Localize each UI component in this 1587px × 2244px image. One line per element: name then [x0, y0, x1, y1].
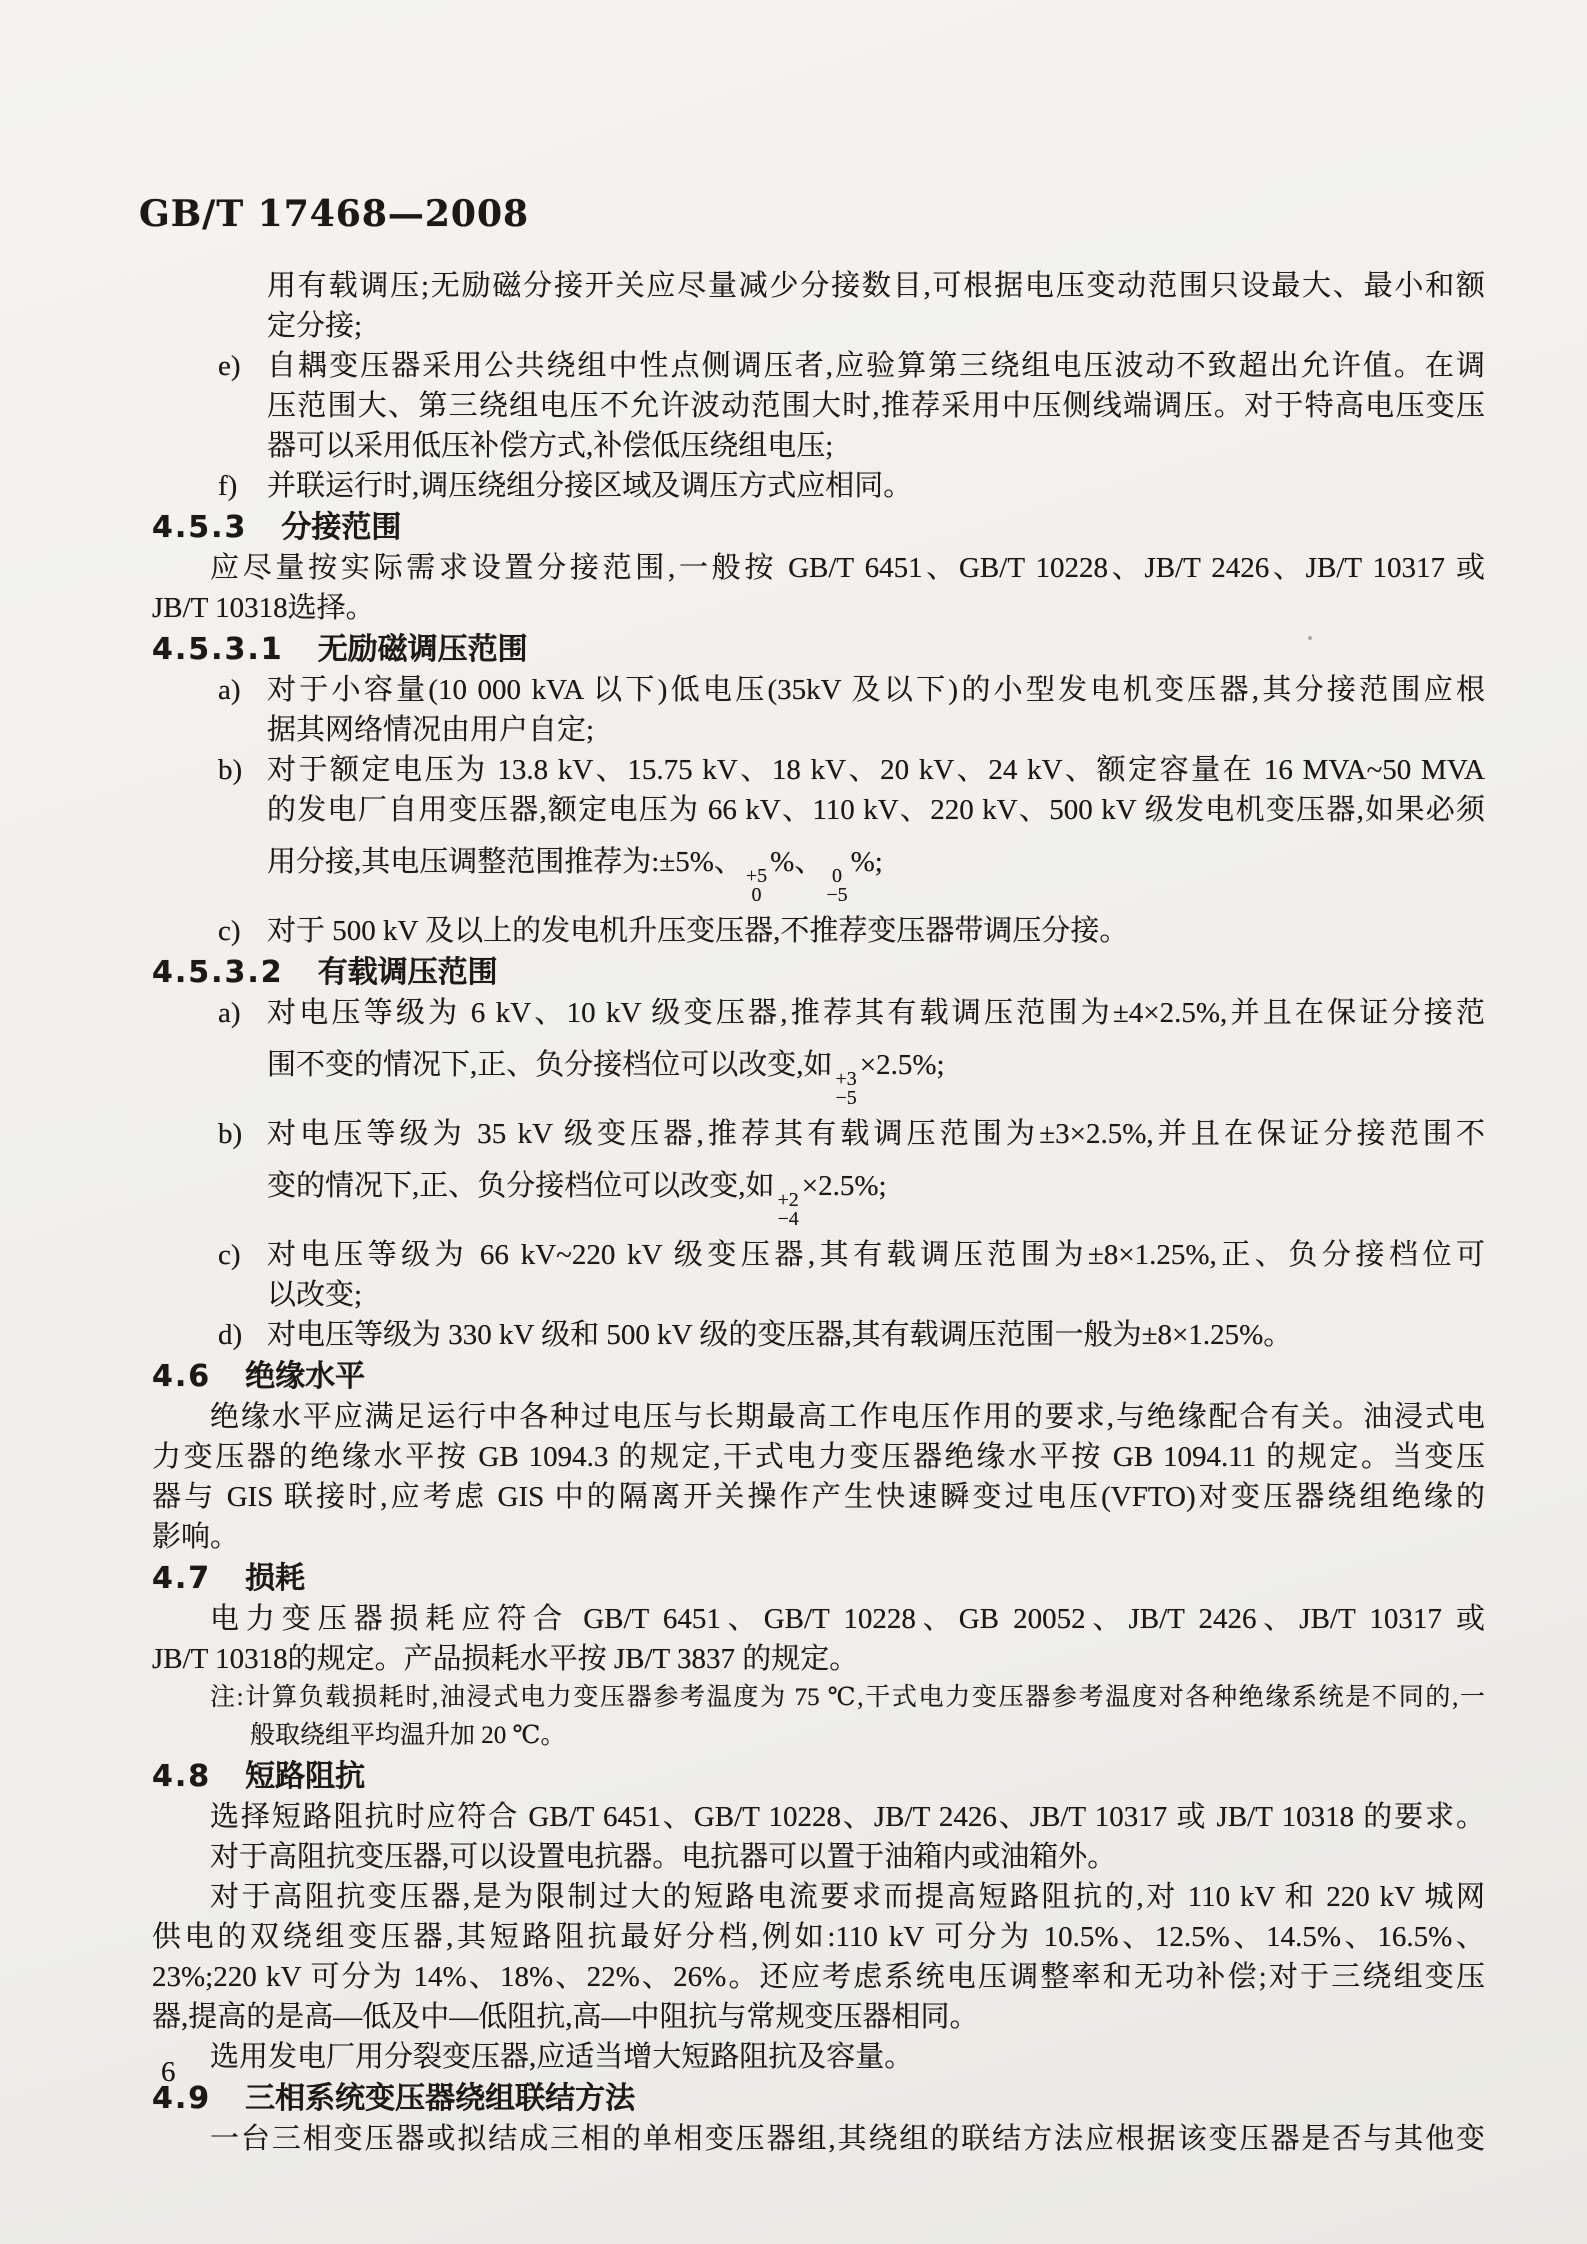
text-line: 器可以采用低压补偿方式,补偿低压绕组电压; [152, 426, 1485, 466]
text-line: 对于额定电压为 13.8 kV、15.75 kV、18 kV、20 kV、24 … [267, 754, 1485, 786]
text-line: 影响。 [152, 1517, 1485, 1557]
section-title: 绝缘水平 [245, 1359, 365, 1394]
stacked-tap-range: +3−5 [836, 1070, 857, 1108]
text-line: JB/T 10318选择。 [152, 588, 1485, 628]
text-line: 用有载调压;无励磁分接开关应尽量减少分接数目,可根据电压变动范围只设最大、最小和… [152, 266, 1485, 306]
stacked-tap-range: 0−5 [826, 867, 847, 905]
text-line: 对电压等级为 35 kV 级变压器,推荐其有载调压范围为±3×2.5%,并且在保… [267, 1118, 1485, 1150]
text-segment: ×2.5%; [860, 1049, 945, 1081]
list-label: b) [218, 750, 242, 790]
list-item-f: f)并联运行时,调压绕组分接区域及调压方式应相同。 [152, 466, 1485, 506]
page-number: 6 [161, 2056, 176, 2089]
text-line: 供电的双绕组变压器,其短路阻抗最好分档,例如:110 kV 可分为 10.5%、… [152, 1917, 1485, 1957]
list-item-e: e)自耦变压器采用公共绕组中性点侧调压者,应验算第三绕组电压波动不致超出允许值。… [152, 346, 1485, 386]
note-line: 般取绕组平均温升加 20 ℃。 [152, 1717, 1485, 1755]
list-label: a) [218, 670, 241, 710]
text-line: 选用发电厂用分裂变压器,应适当增大短路阻抗及容量。 [152, 2037, 1485, 2077]
text-line: 力变压器的绝缘水平按 GB 1094.3 的规定,干式电力变压器绝缘水平按 GB… [152, 1437, 1485, 1477]
section-title: 短路阻抗 [245, 1759, 365, 1794]
stacked-tap-range: +50 [746, 867, 767, 905]
section-title: 有载调压范围 [318, 955, 498, 990]
text-line: 选择短路阻抗时应符合 GB/T 6451、GB/T 10228、JB/T 242… [152, 1797, 1485, 1837]
text-segment: 用分接,其电压调整范围推荐为:±5%、 [267, 846, 743, 878]
list-label: e) [218, 346, 241, 386]
text-line: 的发电厂自用变压器,额定电压为 66 kV、110 kV、220 kV、500 … [152, 790, 1485, 830]
text-line: 定分接; [152, 306, 1485, 346]
formula-line: 用分接,其电压调整范围推荐为:±5%、+50%、0−5%; [152, 842, 1485, 905]
formula-line: 围不变的情况下,正、负分接档位可以改变,如+3−5×2.5%; [152, 1045, 1485, 1108]
list-item-b: b)对电压等级为 35 kV 级变压器,推荐其有载调压范围为±3×2.5%,并且… [152, 1114, 1485, 1154]
document-page: GB/T 17468—2008 用有载调压;无励磁分接开关应尽量减少分接数目,可… [0, 0, 1587, 2244]
section-heading-4-7: 4.7损耗 [152, 1558, 1485, 1599]
text-segment: ×2.5%; [802, 1170, 887, 1202]
text-line: 对于 500 kV 及以上的发电机升压变压器,不推荐变压器带调压分接。 [267, 915, 1128, 947]
list-label: c) [218, 911, 241, 951]
text-line: 一台三相变压器或拟结成三相的单相变压器组,其绕组的联结方法应根据该变压器是否与其… [152, 2119, 1485, 2159]
section-heading-4-5-3-2: 4.5.3.2有载调压范围 [152, 952, 1485, 993]
section-number: 4.5.3 [152, 510, 247, 545]
list-item-c: c)对电压等级为 66 kV~220 kV 级变压器,其有载调压范围为±8×1.… [152, 1235, 1485, 1275]
page-body: 用有载调压;无励磁分接开关应尽量减少分接数目,可根据电压变动范围只设最大、最小和… [152, 266, 1485, 2159]
section-title: 损耗 [245, 1561, 305, 1596]
section-heading-4-5-3-1: 4.5.3.1无励磁调压范围 [152, 629, 1485, 670]
text-line: 对电压等级为 66 kV~220 kV 级变压器,其有载调压范围为±8×1.25… [267, 1239, 1485, 1271]
section-number: 4.6 [152, 1359, 211, 1394]
text-line: 对电压等级为 330 kV 级和 500 kV 级的变压器,其有载调压范围一般为… [267, 1319, 1292, 1351]
text-line: 对于高阻抗变压器,可以设置电抗器。电抗器可以置于油箱内或油箱外。 [152, 1837, 1485, 1877]
section-title: 无励磁调压范围 [318, 632, 528, 667]
text-line: 绝缘水平应满足运行中各种过电压与长期最高工作电压作用的要求,与绝缘配合有关。油浸… [152, 1397, 1485, 1437]
text-line: 对电压等级为 6 kV、10 kV 级变压器,推荐其有载调压范围为±4×2.5%… [267, 997, 1485, 1029]
list-label: d) [218, 1315, 242, 1355]
text-line: 压范围大、第三绕组电压不允许波动范围大时,推荐采用中压侧线端调压。对于特高电压变… [152, 386, 1485, 426]
list-item-d: d)对电压等级为 330 kV 级和 500 kV 级的变压器,其有载调压范围一… [152, 1315, 1485, 1355]
list-label: a) [218, 993, 241, 1033]
section-heading-4-8: 4.8短路阻抗 [152, 1756, 1485, 1797]
section-number: 4.5.3.1 [152, 632, 284, 667]
section-number: 4.5.3.2 [152, 955, 284, 990]
list-item-a: a)对电压等级为 6 kV、10 kV 级变压器,推荐其有载调压范围为±4×2.… [152, 993, 1485, 1033]
formula-line: 变的情况下,正、负分接档位可以改变,如+2−4×2.5%; [152, 1166, 1485, 1229]
stacked-tap-range: +2−4 [778, 1191, 799, 1229]
list-label: b) [218, 1114, 242, 1154]
text-segment: %、 [770, 846, 823, 878]
list-item-a: a)对于小容量(10 000 kVA 以下)低电压(35kV 及以下)的小型发电… [152, 670, 1485, 710]
text-line: 器,提高的是高—低及中—低阻抗,高—中阻抗与常规变压器相同。 [152, 1997, 1485, 2037]
section-heading-4-9: 4.9三相系统变压器绕组联结方法 [152, 2078, 1485, 2119]
section-title: 三相系统变压器绕组联结方法 [245, 2081, 635, 2116]
stack-bottom: −5 [826, 886, 847, 905]
text-line: 据其网络情况由用户自定; [152, 710, 1485, 750]
list-item-c: c)对于 500 kV 及以上的发电机升压变压器,不推荐变压器带调压分接。 [152, 911, 1485, 951]
section-number: 4.7 [152, 1561, 211, 1596]
text-segment: %; [851, 846, 883, 878]
section-title: 分接范围 [281, 510, 401, 545]
text-line: 电力变压器损耗应符合 GB/T 6451、GB/T 10228、GB 20052… [152, 1599, 1485, 1639]
list-item-b: b)对于额定电压为 13.8 kV、15.75 kV、18 kV、20 kV、2… [152, 750, 1485, 790]
text-line: 并联运行时,调压绕组分接区域及调压方式应相同。 [267, 470, 912, 502]
section-heading-4-5-3: 4.5.3分接范围 [152, 507, 1485, 548]
section-heading-4-6: 4.6绝缘水平 [152, 1356, 1485, 1397]
text-line: 以改变; [152, 1275, 1485, 1315]
text-segment: 围不变的情况下,正、负分接档位可以改变,如 [267, 1049, 833, 1081]
text-line: 应尽量按实际需求设置分接范围,一般按 GB/T 6451、GB/T 10228、… [152, 548, 1485, 588]
list-label: c) [218, 1235, 241, 1275]
stack-bottom: −5 [836, 1089, 857, 1108]
standard-number: GB/T 17468—2008 [139, 193, 529, 235]
text-line: 器与 GIS 联接时,应考虑 GIS 中的隔离开关操作产生快速瞬变过电压(VFT… [152, 1477, 1485, 1517]
text-segment: 变的情况下,正、负分接档位可以改变,如 [267, 1170, 775, 1202]
text-line: 对于高阻抗变压器,是为限制过大的短路电流要求而提高短路阻抗的,对 110 kV … [152, 1877, 1485, 1917]
stack-bottom: −4 [778, 1210, 799, 1229]
text-line: 自耦变压器采用公共绕组中性点侧调压者,应验算第三绕组电压波动不致超出允许值。在调 [267, 350, 1485, 382]
text-line: 对于小容量(10 000 kVA 以下)低电压(35kV 及以下)的小型发电机变… [267, 674, 1485, 706]
stack-bottom: 0 [752, 886, 762, 905]
list-label: f) [218, 466, 237, 506]
section-number: 4.8 [152, 1759, 211, 1794]
text-line: JB/T 10318的规定。产品损耗水平按 JB/T 3837 的规定。 [152, 1639, 1485, 1679]
note-line: 注:计算负载损耗时,油浸式电力变压器参考温度为 75 ℃,干式电力变压器参考温度… [152, 1679, 1485, 1717]
text-line: 23%;220 kV 可分为 14%、18%、22%、26%。还应考虑系统电压调… [152, 1957, 1485, 1997]
